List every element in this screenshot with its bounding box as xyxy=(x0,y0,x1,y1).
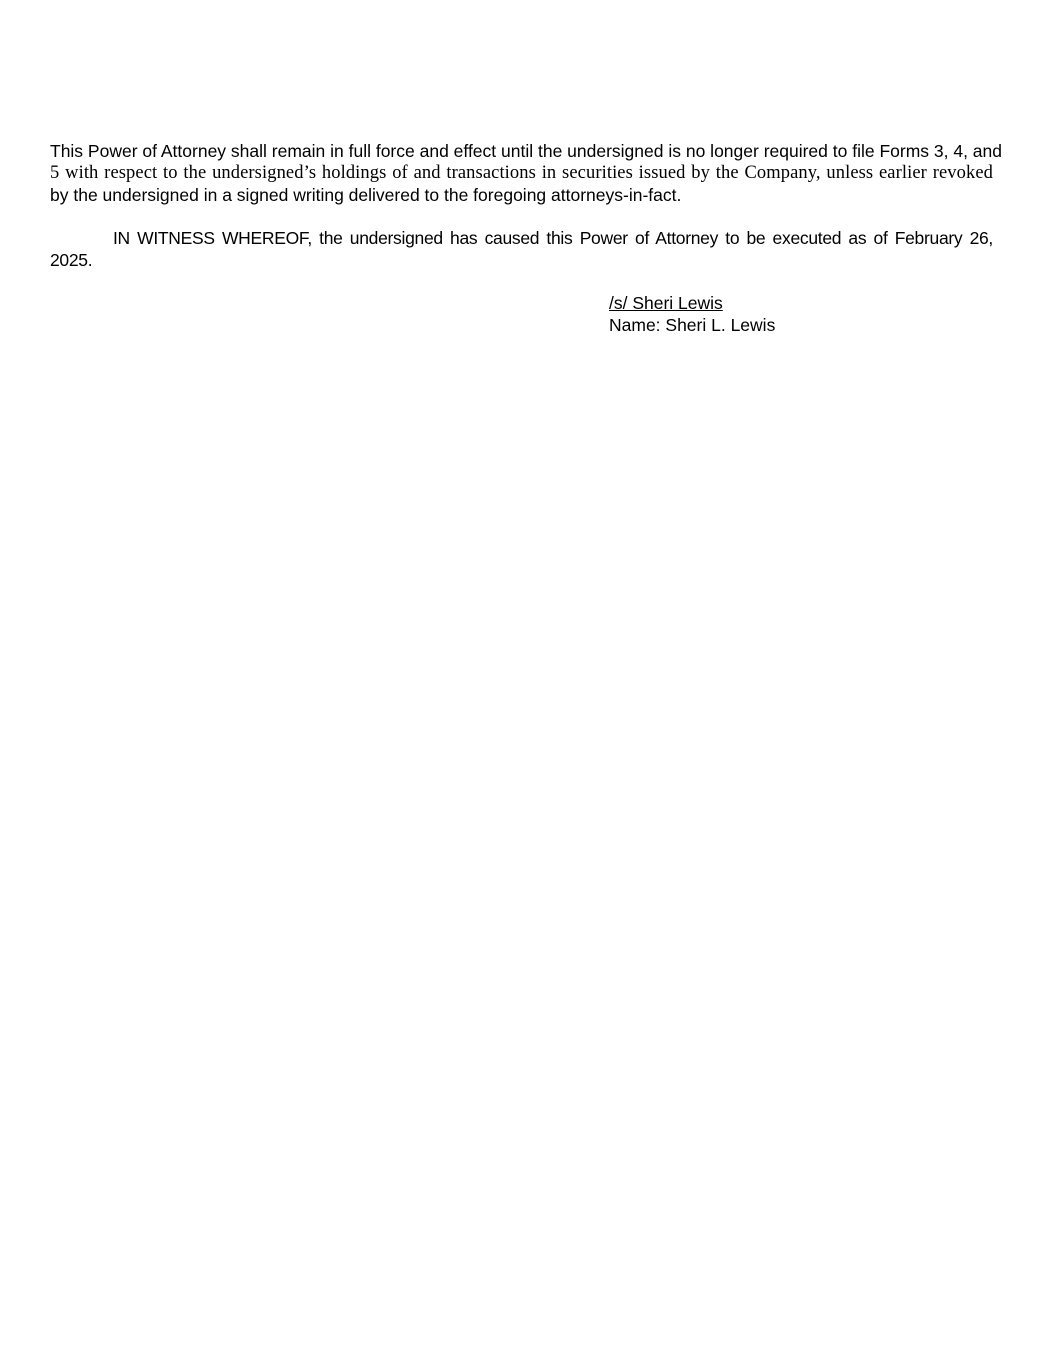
paragraph-line: 5 with respect to the undersigned’s hold… xyxy=(50,162,993,184)
paragraph-line: by the undersigned in a signed writing d… xyxy=(50,184,993,206)
signer-name: Name: Sheri L. Lewis xyxy=(609,314,775,336)
duration-paragraph: This Power of Attorney shall remain in f… xyxy=(50,140,993,206)
paragraph-line: This Power of Attorney shall remain in f… xyxy=(50,140,993,162)
witness-paragraph: IN WITNESS WHEREOF, the undersigned has … xyxy=(50,227,993,271)
document-page: This Power of Attorney shall remain in f… xyxy=(0,0,1055,1365)
signature-block: /s/ Sheri Lewis Name: Sheri L. Lewis xyxy=(609,292,775,336)
signature: /s/ Sheri Lewis xyxy=(609,292,775,314)
